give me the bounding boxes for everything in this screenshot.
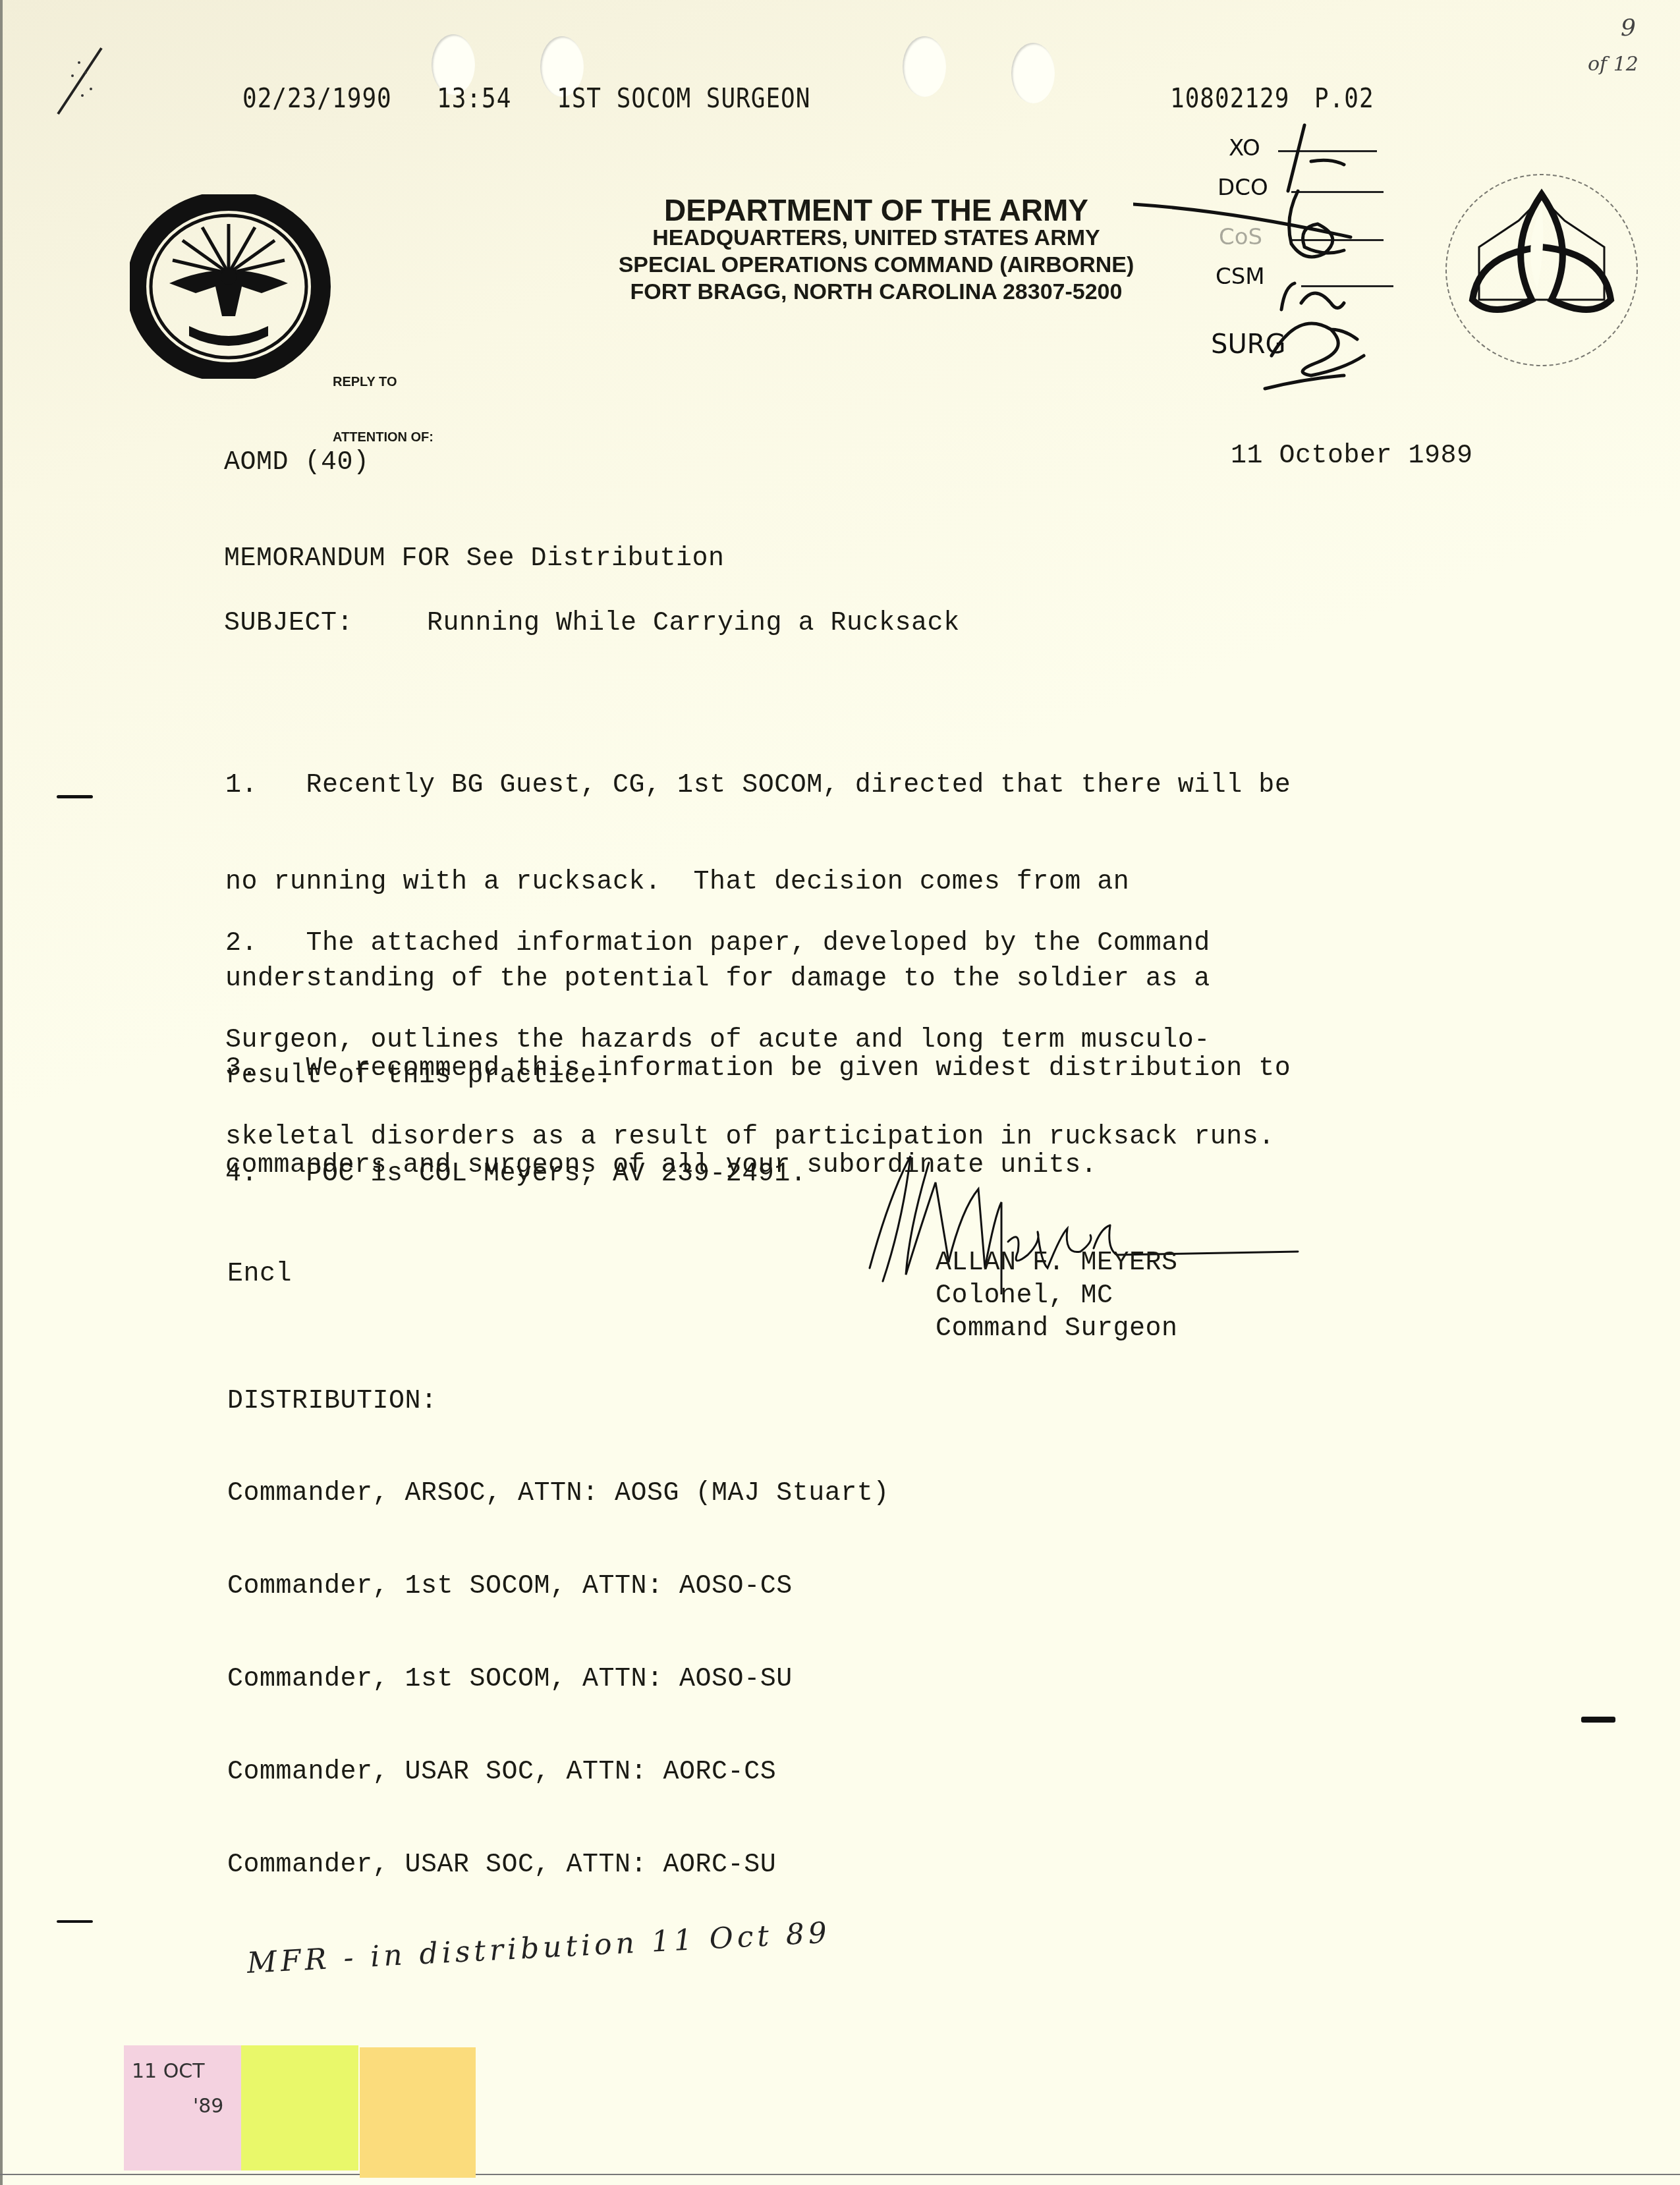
letterhead-department: DEPARTMENT OF THE ARMY [547,192,1206,228]
pen-slash-mark-icon [53,43,132,122]
paragraph-4: 4. POC is COL Meyers, AV 239-2491. [225,1093,806,1223]
office-symbol: AOMD (40) [224,448,370,478]
paragraph-line: 4. POC is COL Meyers, AV 239-2491. [225,1158,806,1190]
distribution-item: Commander, ARSOC, ATTN: AOSG (MAJ Stuart… [227,1478,889,1509]
punch-hole [903,36,946,97]
margin-tick-mark [57,1920,93,1923]
paragraph-text: Recently BG Guest, CG, 1st SOCOM, direct… [306,771,1291,800]
paragraph-number: 2. [225,929,258,958]
punch-hole [1011,43,1055,103]
distribution-item: Commander, 1st SOCOM, ATTN: AOSO-CS [227,1571,889,1602]
reply-to-line-1: REPLY TO [333,373,434,391]
page-bottom-edge [0,2174,1680,2175]
paragraph-line: 2. The attached information paper, devel… [225,927,1275,960]
paragraph-line: 1. Recently BG Guest, CG, 1st SOCOM, dir… [225,769,1291,802]
distribution-item: Commander, USAR SOC, ATTN: AORC-SU [227,1850,889,1881]
enclosure-label: Encl [227,1259,292,1289]
letterhead-line-2: SPECIAL OPERATIONS COMMAND (AIRBORNE) [547,252,1206,278]
memo-date: 11 October 1989 [1231,441,1473,471]
paragraph-line: 3. We recommend this information be give… [225,1053,1291,1085]
page-count-number: 9 [1621,14,1636,41]
signer-title: Command Surgeon [936,1314,1178,1344]
reply-to-line-2: ATTENTION OF: [333,428,434,447]
margin-tick-mark [1581,1717,1615,1723]
subject-text: Running While Carrying a Rucksack [427,609,960,638]
distribution-item: Commander, USAR SOC, ATTN: AORC-CS [227,1757,889,1788]
letterhead-line-1: HEADQUARTERS, UNITED STATES ARMY [547,225,1206,251]
sticky-note-pink: 11 OCT '89 [124,2045,241,2171]
distribution-list: Commander, ARSOC, ATTN: AOSG (MAJ Stuart… [227,1416,889,1912]
fax-header-page: P.02 [1314,83,1374,114]
routing-initials-signature-icon [1133,112,1463,395]
distribution-label: DISTRIBUTION: [227,1387,437,1416]
margin-tick-mark [57,795,93,798]
paragraph-text: We recommend this information be given w… [306,1054,1291,1084]
memorandum-for: MEMORANDUM FOR See Distribution [224,544,725,574]
letterhead-line-3: FORT BRAGG, NORTH CAROLINA 28307-5200 [547,279,1206,305]
reply-to-label: REPLY TO ATTENTION OF: [333,336,434,465]
department-of-defense-seal-icon [130,194,334,379]
distribution-item: Commander, 1st SOCOM, ATTN: AOSO-SU [227,1664,889,1695]
signer-name: ALLAN F. MEYERS [936,1248,1178,1278]
sticky-note-lime [241,2045,358,2171]
sticky-note-orange [360,2047,476,2178]
fax-header-sender: 1ST SOCOM SURGEON [557,83,810,114]
fax-header-time: 13:54 [437,83,511,114]
paragraph-number: 4. [225,1159,258,1189]
signer-rank: Colonel, MC [936,1281,1113,1311]
paragraph-number: 3. [225,1054,258,1084]
paragraph-text: POC is COL Meyers, AV 239-2491. [306,1159,807,1189]
fax-header-number: 10802129 [1170,83,1289,114]
subject-label: SUBJECT: [224,609,353,638]
fax-header-date: 02/23/1990 [242,83,392,114]
constitution-bicentennial-stamp-icon [1433,168,1650,372]
paragraph-text: The attached information paper, develope… [306,929,1210,958]
sticky-note-date-line-2: '89 [193,2095,223,2118]
page-count-of: of 12 [1588,53,1638,76]
page-edge [0,0,3,2185]
sticky-note-date-line-1: 11 OCT [132,2060,205,2083]
paragraph-number: 1. [225,771,258,800]
